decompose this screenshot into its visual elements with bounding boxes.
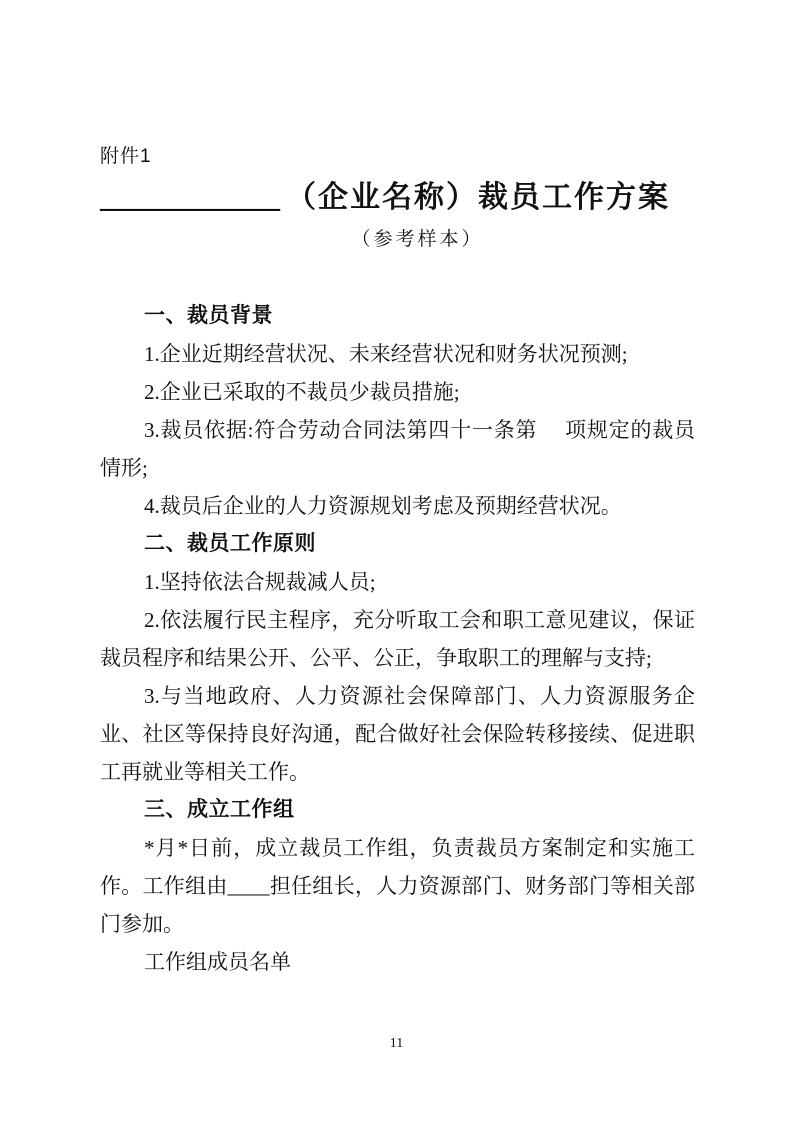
paragraph: 3.裁员依据:符合劳动合同法第四十一条第 项规定的裁员情形; [100,411,695,487]
paragraph: *月*日前，成立裁员工作组，负责裁员方案制定和实施工作。工作组由____担任组长… [100,829,695,943]
page-number: 11 [0,1034,793,1054]
section-heading: 一、裁员背景 [100,297,695,335]
attachment-label: 附件1 [100,145,695,169]
title-blank-line: ____________ [100,181,280,214]
document-page: 附件1 ____________（企业名称）裁员工作方案 （参考样本） 一、裁员… [0,0,793,1122]
document-title: ____________（企业名称）裁员工作方案 [100,177,695,219]
paragraph: 工作组成员名单 [100,943,695,981]
section-heading: 二、裁员工作原则 [100,525,695,563]
section-heading: 三、成立工作组 [100,791,695,829]
paragraph: 2.依法履行民主程序，充分听取工会和职工意见建议，保证裁员程序和结果公开、公平、… [100,601,695,677]
paragraph: 1.企业近期经营状况、未来经营状况和财务状况预测; [100,335,695,373]
document-subtitle: （参考样本） [120,225,715,255]
document-body: 一、裁员背景 1.企业近期经营状况、未来经营状况和财务状况预测; 2.企业已采取… [100,297,695,981]
document-content: 附件1 ____________（企业名称）裁员工作方案 （参考样本） 一、裁员… [100,145,695,981]
paragraph: 3.与当地政府、人力资源社会保障部门、人力资源服务企业、社区等保持良好沟通，配合… [100,677,695,791]
paragraph: 2.企业已采取的不裁员少裁员措施; [100,373,695,411]
title-text: （企业名称）裁员工作方案 [286,181,670,214]
paragraph: 1.坚持依法合规裁减人员; [100,563,695,601]
paragraph: 4.裁员后企业的人力资源规划考虑及预期经营状况。 [100,487,695,525]
